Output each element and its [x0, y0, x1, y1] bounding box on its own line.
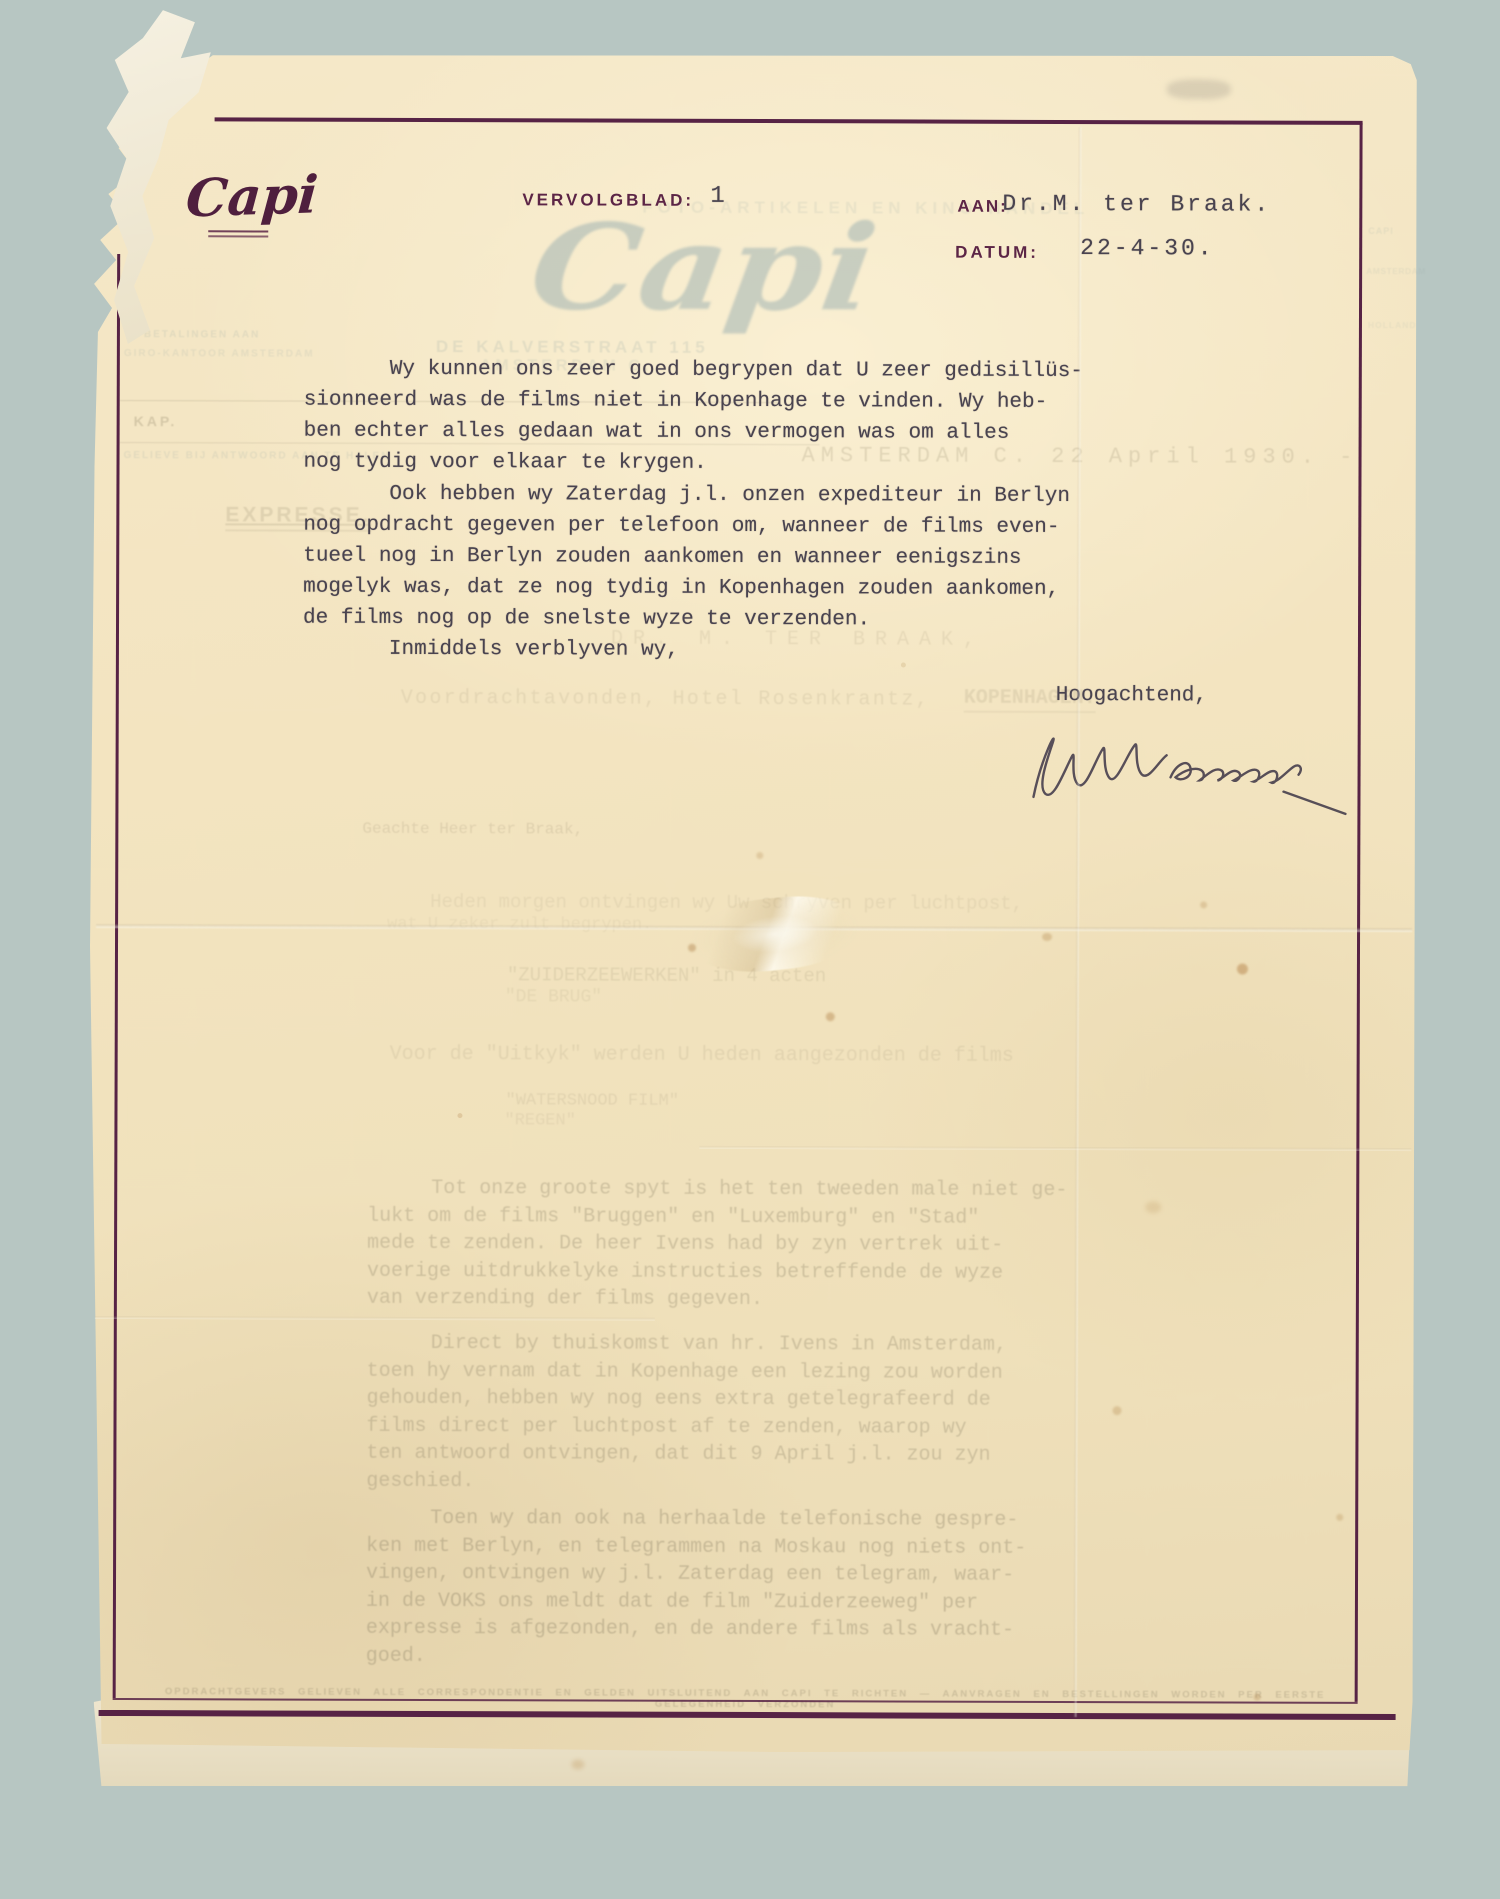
signature-handwriting — [1015, 713, 1360, 826]
foxing-spot — [1113, 1406, 1122, 1415]
ghost-paragraph-b: Direct by thuiskomst van hr. Ivens in Am… — [366, 1330, 1167, 1498]
ghost-capi-watermark: Capi — [522, 197, 884, 337]
letter-paragraph-3: Inmiddels verblyven wy, — [303, 634, 1103, 668]
foxing-spot — [1336, 1514, 1343, 1521]
foxing-spot — [571, 1759, 584, 1769]
smudge-mark — [1167, 79, 1231, 99]
ghost-salutation: Geachte Heer ter Braak, — [362, 820, 583, 839]
ghost-film-title-4: "REGEN" — [504, 1111, 575, 1130]
vervolgblad-label: VERVOLGBLAD: — [522, 190, 694, 211]
foxing-spot — [901, 662, 906, 667]
foxing-spot — [1145, 1201, 1161, 1213]
ghost-film-title-2: "DE BRUG" — [505, 987, 602, 1007]
vervolgblad-value: 1 — [710, 183, 724, 210]
ghost-paragraph-c: Toen wy dan ook na herhaalde telefonisch… — [366, 1505, 1167, 1673]
letter-paragraph-2: Ook hebben wy Zaterdag j.l. onzen expedi… — [303, 479, 1103, 637]
logo-underline-top — [208, 230, 268, 232]
ghost-paragraph-a: Tot onze groote spyt is het ten tweeden … — [367, 1175, 1167, 1315]
foxing-spot — [1200, 901, 1207, 908]
ghost-kap-label: KAP. — [134, 413, 178, 429]
ghost-line-uitkyk: Voor de "Uitkyk" werden U heden aangezon… — [390, 1043, 1014, 1068]
ghost-margin-right-1: CAPI — [1368, 226, 1394, 236]
foxing-spot — [1042, 933, 1052, 941]
foxing-spot — [756, 852, 763, 859]
ghost-margin-right-3: HOLLAND — [1368, 320, 1417, 330]
foxing-spot — [1254, 1694, 1261, 1701]
foxing-spot — [1237, 964, 1248, 975]
aan-value: Dr.M. ter Braak. — [1002, 191, 1271, 218]
ghost-margin-left-2: GIRO-KANTOOR AMSTERDAM — [124, 348, 315, 360]
foxing-spot — [688, 944, 696, 952]
foxing-spot — [457, 1113, 462, 1118]
logo-underline-bottom — [208, 235, 268, 237]
paper-tilt-layer: Capi VERVOLGBLAD: 1 AAN: Dr.M. ter Braak… — [0, 0, 1500, 1899]
ghost-margin-left-1: BETALINGEN AAN — [144, 329, 260, 340]
ghost-film-title-3: "WATERSNOOD FILM" — [505, 1091, 678, 1111]
scanned-letter-scene: Capi VERVOLGBLAD: 1 AAN: Dr.M. ter Braak… — [0, 0, 1500, 1899]
ghost-margin-right-2: AMSTERDAM — [1366, 266, 1426, 276]
datum-value: 22-4-30. — [1080, 235, 1215, 261]
capi-logo: Capi — [184, 164, 320, 229]
foxing-spot — [826, 1012, 835, 1021]
ghost-addressee-line2: Voordrachtavonden, Hotel Rosenkrantz, — [401, 687, 930, 712]
aan-label: AAN: — [957, 197, 1008, 217]
datum-label: DATUM: — [955, 243, 1039, 263]
letter-paragraph-1: Wy kunnen ons zeer goed begrypen dat U z… — [303, 354, 1103, 481]
